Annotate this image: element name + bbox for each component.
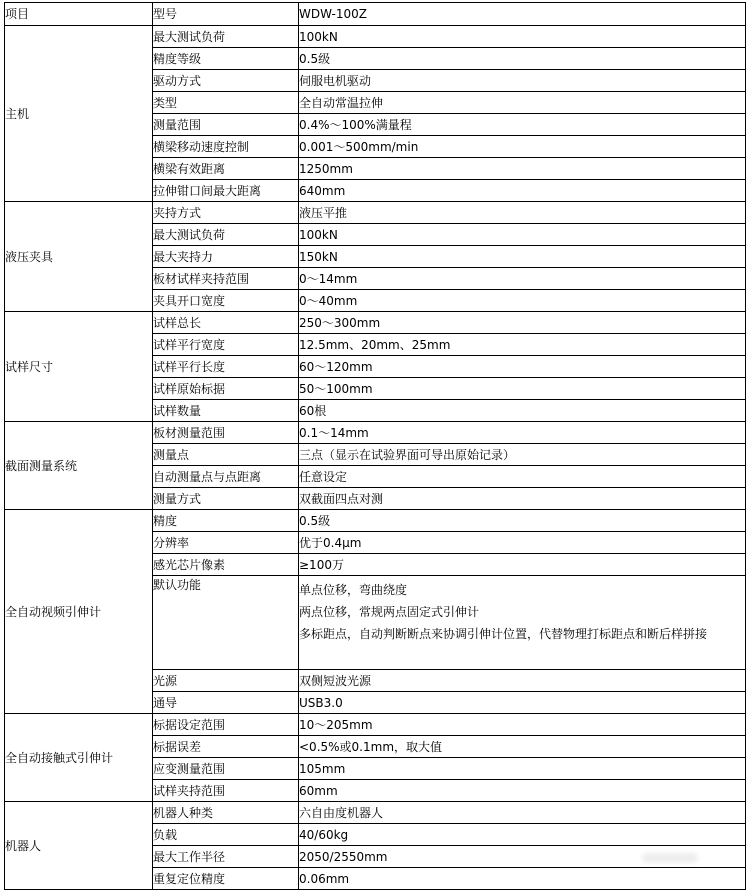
- value-cell: 0～40mm: [299, 290, 746, 312]
- param-cell: 板材测量范围: [153, 422, 299, 444]
- table-row: 试样尺寸试样总长250～300mm: [5, 312, 746, 334]
- value-cell: 100kN: [299, 26, 746, 48]
- value-cell: 150kN: [299, 246, 746, 268]
- table-row: 液压夹具夹持方式液压平推: [5, 202, 746, 224]
- param-cell: 试样原始标据: [153, 378, 299, 400]
- value-cell: 60～120mm: [299, 356, 746, 378]
- value-line: 两点位移，常规两点固定式引伸计: [299, 601, 745, 623]
- category-cell: 截面测量系统: [5, 422, 153, 510]
- category-cell: 主机: [5, 26, 153, 202]
- param-cell: 标据误差: [153, 736, 299, 758]
- param-cell: 最大测试负荷: [153, 224, 299, 246]
- document-page: 项目 型号 WDW-100Z 主机最大测试负荷100kN精度等级0.5级驱动方式…: [0, 0, 750, 891]
- value-cell: 双截面四点对测: [299, 488, 746, 510]
- value-cell: 1250mm: [299, 158, 746, 180]
- value-cell: 全自动常温拉伸: [299, 92, 746, 114]
- value-cell: 10～205mm: [299, 714, 746, 736]
- value-cell: 液压平推: [299, 202, 746, 224]
- param-cell: 试样平行宽度: [153, 334, 299, 356]
- param-cell: 标据设定范围: [153, 714, 299, 736]
- param-cell: 板材试样夹持范围: [153, 268, 299, 290]
- param-cell: 机器人种类: [153, 802, 299, 824]
- header-model-value-cell: WDW-100Z: [299, 3, 746, 26]
- value-line: 单点位移，弯曲绕度: [299, 579, 745, 601]
- value-cell: 640mm: [299, 180, 746, 202]
- param-cell: 试样夹持范围: [153, 780, 299, 802]
- header-model-cell: 型号: [153, 3, 299, 26]
- param-cell: 拉伸钳口间最大距离: [153, 180, 299, 202]
- param-cell: 默认功能: [153, 576, 299, 670]
- value-cell: 0.5级: [299, 510, 746, 532]
- param-cell: 精度: [153, 510, 299, 532]
- value-cell: 40/60kg: [299, 824, 746, 846]
- param-cell: 自动测量点与点距离: [153, 466, 299, 488]
- param-cell: 夹具开口宽度: [153, 290, 299, 312]
- param-cell: 感光芯片像素: [153, 554, 299, 576]
- value-cell: USB3.0: [299, 692, 746, 714]
- param-cell: 光源: [153, 670, 299, 692]
- param-cell: 最大测试负荷: [153, 26, 299, 48]
- value-cell: <0.5%或0.1mm，取大值: [299, 736, 746, 758]
- value-cell: ≥100万: [299, 554, 746, 576]
- value-cell: 60根: [299, 400, 746, 422]
- param-cell: 负载: [153, 824, 299, 846]
- header-row: 项目 型号 WDW-100Z: [5, 3, 746, 26]
- param-cell: 重复定位精度: [153, 868, 299, 890]
- value-cell: 105mm: [299, 758, 746, 780]
- value-cell: 2050/2550mm: [299, 846, 746, 868]
- table-row: 全自动接触式引伸计标据设定范围10～205mm: [5, 714, 746, 736]
- value-cell: 0.06mm: [299, 868, 746, 890]
- param-cell: 驱动方式: [153, 70, 299, 92]
- value-cell: 任意设定: [299, 466, 746, 488]
- table-row: 全自动视频引伸计精度0.5级: [5, 510, 746, 532]
- param-cell: 最大工作半径: [153, 846, 299, 868]
- param-cell: 横梁移动速度控制: [153, 136, 299, 158]
- value-cell: 三点（显示在试验界面可导出原始记录）: [299, 444, 746, 466]
- header-item-cell: 项目: [5, 3, 153, 26]
- category-cell: 试样尺寸: [5, 312, 153, 422]
- value-cell: 0.5级: [299, 48, 746, 70]
- value-cell: 0.1～14mm: [299, 422, 746, 444]
- param-cell: 精度等级: [153, 48, 299, 70]
- spec-table: 项目 型号 WDW-100Z 主机最大测试负荷100kN精度等级0.5级驱动方式…: [4, 2, 746, 890]
- param-cell: 测量范围: [153, 114, 299, 136]
- category-cell: 全自动接触式引伸计: [5, 714, 153, 802]
- param-cell: 分辨率: [153, 532, 299, 554]
- category-cell: 全自动视频引伸计: [5, 510, 153, 714]
- table-row: 主机最大测试负荷100kN: [5, 26, 746, 48]
- value-cell: 100kN: [299, 224, 746, 246]
- param-cell: 最大夹持力: [153, 246, 299, 268]
- table-row: 截面测量系统板材测量范围0.1～14mm: [5, 422, 746, 444]
- param-cell: 横梁有效距离: [153, 158, 299, 180]
- value-cell: 250～300mm: [299, 312, 746, 334]
- value-cell: 双侧短波光源: [299, 670, 746, 692]
- param-cell: 试样平行长度: [153, 356, 299, 378]
- table-row: 机器人机器人种类六自由度机器人: [5, 802, 746, 824]
- param-cell: 通导: [153, 692, 299, 714]
- spec-table-body: 项目 型号 WDW-100Z 主机最大测试负荷100kN精度等级0.5级驱动方式…: [5, 3, 746, 890]
- value-cell: 单点位移，弯曲绕度两点位移，常规两点固定式引伸计多标距点，自动判断断点来协调引伸…: [299, 576, 746, 670]
- param-cell: 试样数量: [153, 400, 299, 422]
- value-cell: 伺服电机驱动: [299, 70, 746, 92]
- param-cell: 测量点: [153, 444, 299, 466]
- param-cell: 应变测量范围: [153, 758, 299, 780]
- param-cell: 测量方式: [153, 488, 299, 510]
- value-line: 多标距点，自动判断断点来协调引伸计位置，代替物理打标距点和断后样拼接: [299, 623, 745, 645]
- category-cell: 机器人: [5, 802, 153, 890]
- value-cell: 0.001～500mm/min: [299, 136, 746, 158]
- value-cell: 0～14mm: [299, 268, 746, 290]
- value-cell: 0.4%～100%满量程: [299, 114, 746, 136]
- value-cell: 优于0.4μm: [299, 532, 746, 554]
- param-cell: 类型: [153, 92, 299, 114]
- value-cell: 六自由度机器人: [299, 802, 746, 824]
- param-cell: 试样总长: [153, 312, 299, 334]
- value-cell: 12.5mm、20mm、25mm: [299, 334, 746, 356]
- value-cell: 60mm: [299, 780, 746, 802]
- category-cell: 液压夹具: [5, 202, 153, 312]
- value-cell: 50～100mm: [299, 378, 746, 400]
- param-cell: 夹持方式: [153, 202, 299, 224]
